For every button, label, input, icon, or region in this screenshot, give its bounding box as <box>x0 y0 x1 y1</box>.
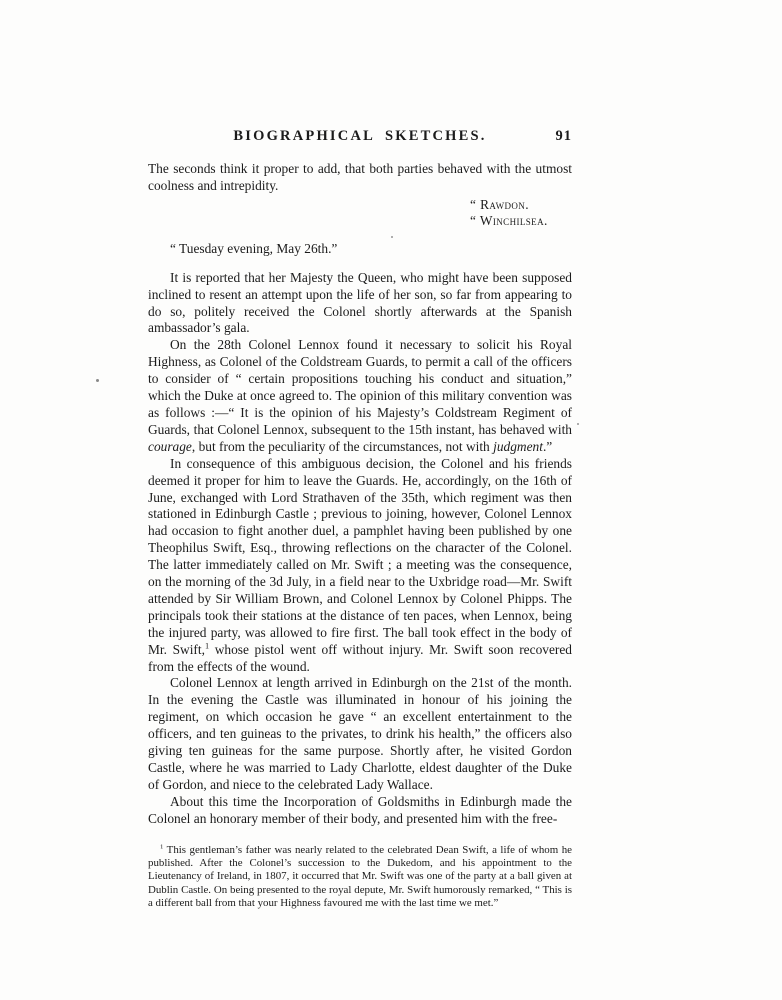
italic-word: courage <box>148 439 192 454</box>
paragraph: On the 28th Colonel Lennox found it nece… <box>148 337 572 455</box>
scan-artifact-dot <box>96 379 99 382</box>
body-text: The seconds think it proper to add, that… <box>148 161 572 828</box>
page-title: BIOGRAPHICAL SKETCHES. <box>148 128 572 145</box>
scanned-book-page: BIOGRAPHICAL SKETCHES. 91 The seconds th… <box>0 0 782 1000</box>
signature-line: “ Rawdon. <box>470 197 572 214</box>
running-head: BIOGRAPHICAL SKETCHES. 91 <box>148 128 572 146</box>
footnote-paragraph: 1 This gentleman’s father was nearly rel… <box>148 844 572 910</box>
page-number: 91 <box>556 128 573 145</box>
text-block: BIOGRAPHICAL SKETCHES. 91 The seconds th… <box>148 128 572 910</box>
paragraph-text: , but from the peculiarity of the circum… <box>192 439 493 454</box>
signature-line: “ Winchilsea. <box>470 213 572 230</box>
letter-closing-paragraph: The seconds think it proper to add, that… <box>148 161 572 195</box>
paragraph: Colonel Lennox at length arrived in Edin… <box>148 675 572 793</box>
scan-artifact-dot <box>391 236 393 238</box>
paragraph-text: On the 28th Colonel Lennox found it nece… <box>148 337 572 437</box>
paragraph-text: In consequence of this ambiguous decisio… <box>148 456 572 657</box>
scan-artifact-dot <box>577 423 579 425</box>
paragraph-text: whose pistol went off without injury. Mr… <box>148 642 572 674</box>
footnote-text: This gentleman’s father was nearly relat… <box>148 844 572 909</box>
paragraph: It is reported that her Majesty the Quee… <box>148 270 572 338</box>
letter-signatures: “ Rawdon. “ Winchilsea. <box>470 197 572 230</box>
paragraph: In consequence of this ambiguous decisio… <box>148 456 572 676</box>
footnote: 1 This gentleman’s father was nearly rel… <box>148 844 572 910</box>
paragraph: About this time the Incorporation of Gol… <box>148 794 572 828</box>
italic-word: judgment <box>493 439 543 454</box>
letter-dateline: “ Tuesday evening, May 26th.” <box>148 241 572 258</box>
paragraph-text: .” <box>543 439 552 454</box>
